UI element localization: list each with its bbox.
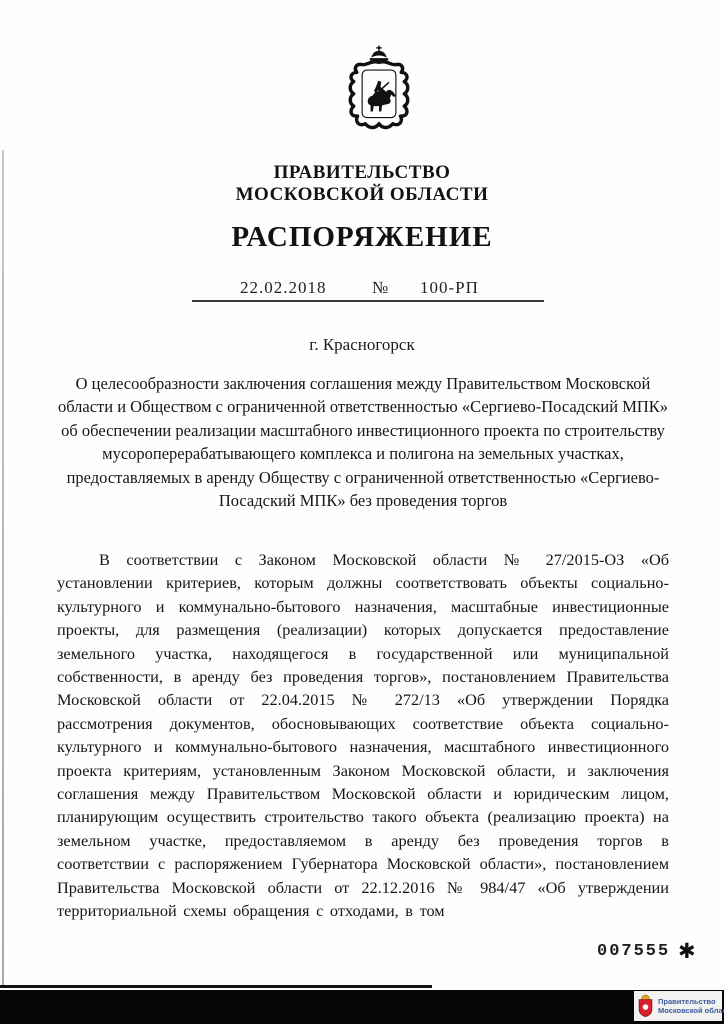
moscow-region-crest-icon xyxy=(637,994,654,1018)
footer-brand-text: Правительство Московской области xyxy=(658,997,724,1015)
moscow-region-coat-of-arms-icon xyxy=(339,44,419,136)
scan-edge-artifact xyxy=(2,150,4,988)
government-footer-logo[interactable]: Правительство Московской области xyxy=(634,991,722,1021)
document-page: ПРАВИТЕЛЬСТВО МОСКОВСКОЙ ОБЛАСТИ РАСПОРЯ… xyxy=(0,0,724,1024)
registration-stamp-number: 007555 xyxy=(597,942,670,961)
issuing-city: г. Красногорск xyxy=(0,335,724,355)
org-name: ПРАВИТЕЛЬСТВО МОСКОВСКОЙ ОБЛАСТИ xyxy=(0,162,724,206)
date-number-line: 22.02.2018 № 100-РП xyxy=(192,276,544,302)
scan-black-strip xyxy=(0,985,432,988)
bottom-black-bar xyxy=(0,990,724,1024)
document-title: О целесообразности заключения соглашения… xyxy=(57,372,669,512)
footer-brand-line2: Московской области xyxy=(658,1006,724,1015)
document-type-heading: РАСПОРЯЖЕНИЕ xyxy=(0,221,724,254)
stamp-asterisk-mark: ✱ xyxy=(678,939,696,963)
footer-brand-line1: Правительство xyxy=(658,997,724,1006)
document-body-paragraph: В соответствии с Законом Московской обла… xyxy=(57,548,669,923)
org-name-line2: МОСКОВСКОЙ ОБЛАСТИ xyxy=(0,184,724,206)
org-name-line1: ПРАВИТЕЛЬСТВО xyxy=(0,162,724,184)
document-number: 100-РП xyxy=(420,278,479,298)
number-sign: № xyxy=(372,278,388,298)
document-date: 22.02.2018 xyxy=(240,278,327,298)
